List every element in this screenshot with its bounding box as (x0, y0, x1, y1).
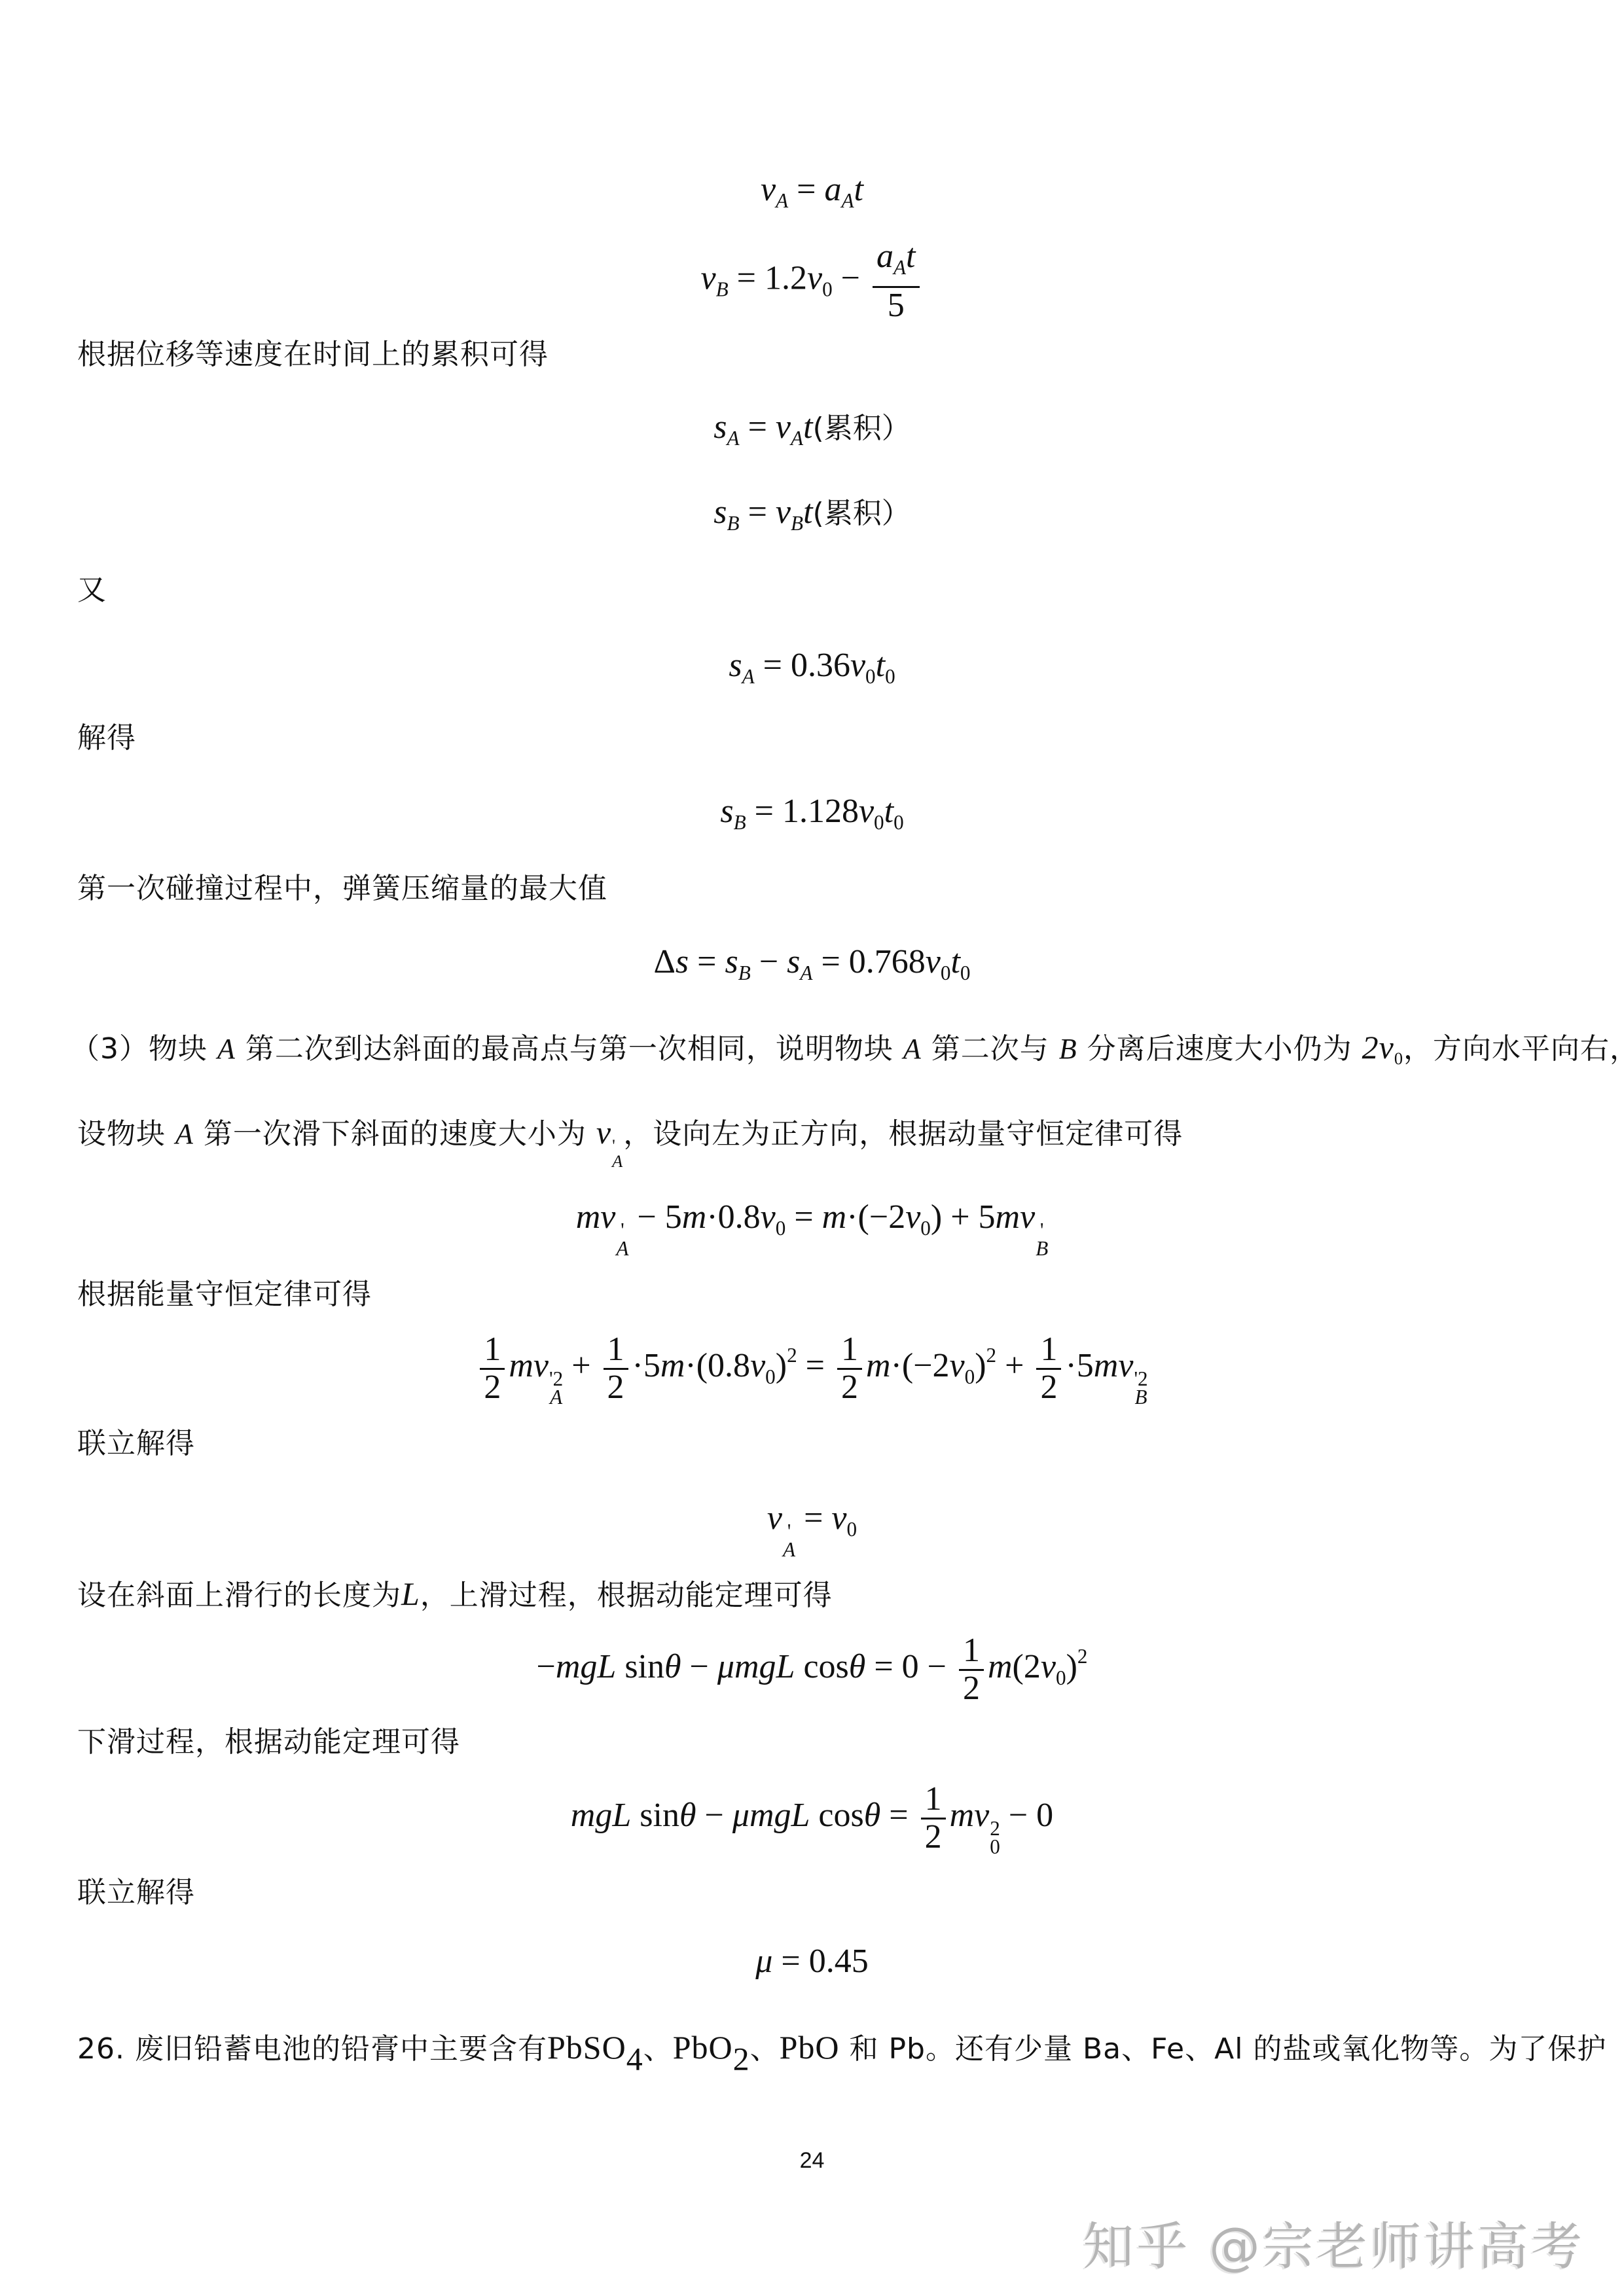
sub: B (734, 811, 746, 834)
text-line: 根据位移等速度在时间上的累积可得 (77, 335, 549, 374)
text: ，方向水平向右， (1403, 1032, 1624, 1066)
sub: 4 (626, 2041, 643, 2077)
var: L (401, 1575, 420, 1612)
sup-sub: 'A (783, 1522, 795, 1559)
equals: = (740, 408, 776, 446)
text-line: 设物块 A 第一次滑下斜面的速度大小为 v'A，设向左为正方向，根据动量守恒定律… (77, 1113, 1183, 1169)
sub: A (791, 427, 803, 450)
sep: 、 (750, 2032, 780, 2066)
var: A (175, 1118, 194, 1150)
chem: PbO (673, 2029, 733, 2066)
equals: = (755, 647, 791, 684)
coef: 1.128 (782, 793, 859, 830)
var: B (1059, 1033, 1077, 1065)
sub: 2 (733, 2041, 750, 2077)
equation-vA: vA = aAt (0, 167, 1624, 224)
equals: = (795, 1499, 831, 1537)
value: 2v (1362, 1029, 1394, 1066)
text-line: 设在斜面上滑行的长度为L，上滑过程，根据动能定理可得 (77, 1574, 833, 1615)
sub: 0 (874, 811, 884, 834)
equals: = (788, 171, 824, 208)
equation-momentum: mv'A − 5m·0.8v0 = m·(−2v0) + 5mv'B (0, 1194, 1624, 1258)
equation-energy: 12mv'2A + 12·5m·(0.8v0)2 = 12m·(−2v0)2 +… (0, 1332, 1624, 1407)
equals: = (689, 943, 725, 980)
text: 废旧铅蓄电池的铅膏中主要含有 (135, 2032, 547, 2066)
var: a (824, 171, 841, 208)
sub: B (791, 512, 803, 535)
var: t (884, 793, 893, 830)
text: 分离后速度大小仍为 (1077, 1032, 1362, 1066)
equation-sB-value: sB = 1.128v0t0 (0, 789, 1624, 846)
var: t (803, 493, 812, 531)
var: s (713, 493, 727, 531)
text: （3）物块 (71, 1032, 217, 1066)
var: s (787, 943, 800, 980)
sep: 、 (643, 2032, 673, 2066)
text-line: 又 (77, 571, 107, 610)
text-line: 解得 (77, 719, 136, 758)
coef: 1.2 (765, 259, 807, 296)
equation-sB-accumulate: sB = vBt(累积） (0, 490, 1624, 547)
text: 第二次与 (922, 1032, 1059, 1066)
denominator: 5 (888, 288, 905, 324)
equation-slide-up: −mgL sinθ − μmgL cosθ = 0 − 12m(2v0)2 (0, 1633, 1624, 1706)
equation-sA-accumulate: sA = vAt(累积） (0, 404, 1624, 461)
minus: − (751, 943, 787, 980)
sub: 0 (885, 665, 895, 688)
sub: 0 (893, 811, 904, 834)
text: 第二次到达斜面的最高点与第一次相同，说明物块 (236, 1032, 903, 1066)
equation-vB: vB = 1.2v0 − aAt5 (0, 239, 1624, 323)
sub: A (841, 189, 854, 212)
equation-vA-prime: v'A = v0 (0, 1496, 1624, 1559)
var: t (906, 238, 915, 275)
sub: B (716, 278, 729, 300)
watermark: 知乎 @宗老师讲高考 (1083, 2206, 1585, 2279)
var: t (854, 171, 863, 208)
sub: A (783, 1541, 795, 1559)
text: ，设向左为正方向，根据动量守恒定律可得 (623, 1117, 1183, 1151)
var: a (876, 238, 893, 275)
text-line: 联立解得 (77, 1424, 195, 1463)
var: v (926, 943, 941, 980)
sub: B (727, 512, 740, 535)
var: v (767, 1499, 782, 1537)
var: s (729, 647, 742, 684)
text-line: 第一次碰撞过程中，弹簧压缩量的最大值 (77, 869, 607, 908)
chem: PbSO (547, 2029, 626, 2066)
equals: = (772, 1943, 808, 1980)
equation-delta-s: Δs = sB − sA = 0.768v0t0 (0, 939, 1624, 996)
equation-sA-value: sA = 0.36v0t0 (0, 643, 1624, 700)
chem: PbO (780, 2029, 840, 2066)
var: v (700, 259, 715, 296)
minus: − (833, 259, 869, 296)
sub: A (727, 427, 740, 450)
note: (累积） (813, 497, 911, 530)
sub: 0 (1394, 1049, 1403, 1068)
equals: = (740, 493, 776, 531)
var: t (876, 647, 885, 684)
note: (累积） (813, 412, 911, 445)
sub: A (742, 665, 755, 688)
var: A (217, 1033, 236, 1065)
var: v (776, 493, 791, 531)
value: 0.45 (809, 1943, 869, 1980)
sub: A (893, 256, 906, 279)
equals: = (746, 793, 782, 830)
equals: = (812, 943, 848, 980)
text: 设物块 (77, 1117, 175, 1151)
coef: 0.768 (849, 943, 926, 980)
var: v (596, 1114, 611, 1151)
text: 第一次滑下斜面的速度大小为 (194, 1117, 596, 1151)
equation-mu: μ = 0.45 (0, 1939, 1624, 1984)
var: v (831, 1499, 846, 1537)
text-line: 联立解得 (77, 1873, 195, 1912)
var: μ (755, 1943, 772, 1980)
question-number: 26. (77, 2032, 135, 2066)
var: v (761, 171, 776, 208)
sub: A (800, 961, 812, 984)
sup-sub: 'A (612, 1138, 623, 1170)
text: ，上滑过程，根据动能定理可得 (420, 1579, 833, 1612)
sub: 0 (941, 961, 951, 984)
var: v (776, 408, 791, 446)
sub: 0 (865, 665, 876, 688)
sub: A (612, 1154, 623, 1170)
page-number: 24 (0, 2148, 1624, 2174)
sub: 0 (846, 1518, 857, 1541)
var: t (803, 408, 812, 446)
var: v (859, 793, 874, 830)
delta: Δ (653, 943, 675, 980)
fraction: aAt5 (873, 239, 920, 323)
var: t (950, 943, 960, 980)
text: 和 Pb。还有少量 Ba、Fe、Al 的盐或氧化物等。为了保护 (840, 2032, 1607, 2066)
text-line-part3: （3）物块 A 第二次到达斜面的最高点与第一次相同，说明物块 A 第二次与 B … (71, 1028, 1624, 1078)
text: 设在斜面上滑行的长度为 (77, 1579, 401, 1612)
question-26: 26. 废旧铅蓄电池的铅膏中主要含有PbSO4、PbO2、PbO 和 Pb。还有… (77, 2028, 1606, 2079)
var: v (850, 647, 865, 684)
var: s (725, 943, 738, 980)
sub: B (738, 961, 751, 984)
equals: = (729, 259, 765, 296)
var: A (903, 1033, 922, 1065)
var: s (720, 793, 733, 830)
var: s (676, 943, 689, 980)
var: v (807, 259, 822, 296)
equation-slide-down: mgL sinθ − μmgL cosθ = 12mv20 − 0 (0, 1782, 1624, 1856)
sub: A (776, 189, 788, 212)
var: s (713, 408, 727, 446)
coef: 0.36 (791, 647, 850, 684)
sub: 0 (960, 961, 971, 984)
sub: 0 (822, 278, 833, 300)
text-line: 下滑过程，根据动能定理可得 (77, 1723, 460, 1762)
text-line: 根据能量守恒定律可得 (77, 1275, 372, 1314)
